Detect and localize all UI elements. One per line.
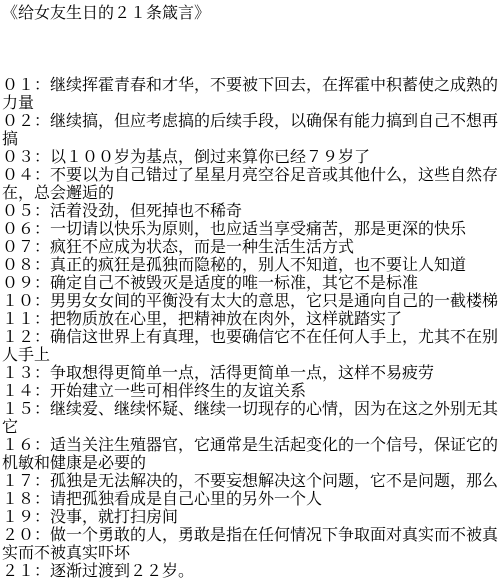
list-item: ０２：继续搞，但应考虑搞的后续手段，以确保有能力搞到自己不想再搞 bbox=[2, 112, 504, 148]
item-text: 逐渐过渡到２２岁。 bbox=[50, 561, 194, 580]
item-text: 一切请以快乐为原则，也应适当享受痛苦，那是更深的快乐 bbox=[50, 219, 466, 238]
item-text: 适当关注生殖器官，它通常是生活起变化的一个信号，保证它的机敏和健康是必要的 bbox=[2, 435, 498, 472]
list-item: ０４：不要以为自己错过了星星月亮空谷足音或其他什么，这些自然存在，总会邂逅的 bbox=[2, 166, 504, 202]
list-item: １０：男男女女间的平衡没有太大的意思，它只是通向自己的一截楼梯 bbox=[2, 292, 504, 310]
item-text: 孤独是无法解决的，不要妄想解决这个问题，它不是问题，那么 bbox=[50, 471, 498, 490]
item-text: 继续爱、继续怀疑、继续一切现存的心情，因为在这之外别无其它 bbox=[2, 399, 498, 436]
list-item: １９：没事，就打扫房间 bbox=[2, 508, 504, 526]
item-number: ０５： bbox=[2, 201, 50, 220]
item-text: 继续挥霍青春和才华，不要被下回去，在挥霍中积蓄使之成熟的力量 bbox=[2, 75, 498, 112]
list-item: １１：把物质放在心里，把精神放在肉外，这样就踏实了 bbox=[2, 310, 504, 328]
item-number: ０２： bbox=[2, 111, 50, 130]
item-number: ０３： bbox=[2, 147, 50, 166]
list-item: １４：开始建立一些可相伴终生的友谊关系 bbox=[2, 382, 504, 400]
list-item: １５：继续爱、继续怀疑、继续一切现存的心情，因为在这之外别无其它 bbox=[2, 400, 504, 436]
item-number: ０９： bbox=[2, 273, 50, 292]
list-item: ０３：以１００岁为基点，倒过来算你已经７９岁了 bbox=[2, 148, 504, 166]
list-item: １７：孤独是无法解决的，不要妄想解决这个问题，它不是问题，那么 bbox=[2, 472, 504, 490]
item-text: 疯狂不应成为状态，而是一种生活生活方式 bbox=[50, 237, 354, 256]
item-text: 把物质放在心里，把精神放在肉外，这样就踏实了 bbox=[50, 309, 402, 328]
item-number: １８： bbox=[2, 489, 50, 508]
item-number: ０１： bbox=[2, 75, 50, 94]
list-item: １８：请把孤独看成是自己心里的另外一个人 bbox=[2, 490, 504, 508]
item-text: 确信这世界上有真理，也要确信它不在任何人手上，尤其不在别人手上 bbox=[2, 327, 498, 364]
list-item: ０８：真正的疯狂是孤独而隐秘的，别人不知道，也不要让人知道 bbox=[2, 256, 504, 274]
item-text: 请把孤独看成是自己心里的另外一个人 bbox=[50, 489, 322, 508]
document-title: 《给女友生日的２１条箴言》 bbox=[2, 4, 504, 22]
blank-lines bbox=[2, 22, 504, 76]
item-number: ０７： bbox=[2, 237, 50, 256]
item-number: ０８： bbox=[2, 255, 50, 274]
item-number: １０： bbox=[2, 291, 50, 310]
item-text: 做一个勇敢的人，勇敢是指在任何情况下争取面对真实而不被真实而不被真实吓坏 bbox=[2, 525, 498, 562]
list-item: ２０：做一个勇敢的人，勇敢是指在任何情况下争取面对真实而不被真实而不被真实吓坏 bbox=[2, 526, 504, 562]
item-text: 男男女女间的平衡没有太大的意思，它只是通向自己的一截楼梯 bbox=[50, 291, 498, 310]
item-number: １２： bbox=[2, 327, 50, 346]
item-number: ２０： bbox=[2, 525, 50, 544]
document-body: 《给女友生日的２１条箴言》 ０１：继续挥霍青春和才华，不要被下回去，在挥霍中积蓄… bbox=[0, 0, 504, 580]
item-number: ０６： bbox=[2, 219, 50, 238]
list-item: １２：确信这世界上有真理，也要确信它不在任何人手上，尤其不在别人手上 bbox=[2, 328, 504, 364]
item-text: 没事，就打扫房间 bbox=[50, 507, 178, 526]
item-text: 争取想得更简单一点，活得更简单一点，这样不易疲劳 bbox=[50, 363, 434, 382]
item-number: １４： bbox=[2, 381, 50, 400]
list-item: ０９：确定自己不被毁灭是适度的唯一标准，其它不是标准 bbox=[2, 274, 504, 292]
list-item: ２１：逐渐过渡到２２岁。 bbox=[2, 562, 504, 580]
item-number: ０４： bbox=[2, 165, 50, 184]
list-item: ０１：继续挥霍青春和才华，不要被下回去，在挥霍中积蓄使之成熟的力量 bbox=[2, 76, 504, 112]
item-text: 确定自己不被毁灭是适度的唯一标准，其它不是标准 bbox=[50, 273, 418, 292]
item-number: １６： bbox=[2, 435, 50, 454]
item-number: １７： bbox=[2, 471, 50, 490]
list-item: ０７：疯狂不应成为状态，而是一种生活生活方式 bbox=[2, 238, 504, 256]
item-text: 真正的疯狂是孤独而隐秘的，别人不知道，也不要让人知道 bbox=[50, 255, 466, 274]
item-number: １３： bbox=[2, 363, 50, 382]
item-number: １９： bbox=[2, 507, 50, 526]
item-text: 以１００岁为基点，倒过来算你已经７９岁了 bbox=[50, 147, 370, 166]
list-item: ０５：活着没劲，但死掉也不稀奇 bbox=[2, 202, 504, 220]
item-text: 开始建立一些可相伴终生的友谊关系 bbox=[50, 381, 306, 400]
list-item: ０６：一切请以快乐为原则，也应适当享受痛苦，那是更深的快乐 bbox=[2, 220, 504, 238]
item-number: ２１： bbox=[2, 561, 50, 580]
item-text: 继续搞，但应考虑搞的后续手段，以确保有能力搞到自己不想再搞 bbox=[2, 111, 498, 148]
item-text: 活着没劲，但死掉也不稀奇 bbox=[50, 201, 242, 220]
item-number: １５： bbox=[2, 399, 50, 418]
item-number: １１： bbox=[2, 309, 50, 328]
list-item: １３：争取想得更简单一点，活得更简单一点，这样不易疲劳 bbox=[2, 364, 504, 382]
item-text: 不要以为自己错过了星星月亮空谷足音或其他什么，这些自然存在，总会邂逅的 bbox=[2, 165, 498, 202]
list-item: １６：适当关注生殖器官，它通常是生活起变化的一个信号，保证它的机敏和健康是必要的 bbox=[2, 436, 504, 472]
